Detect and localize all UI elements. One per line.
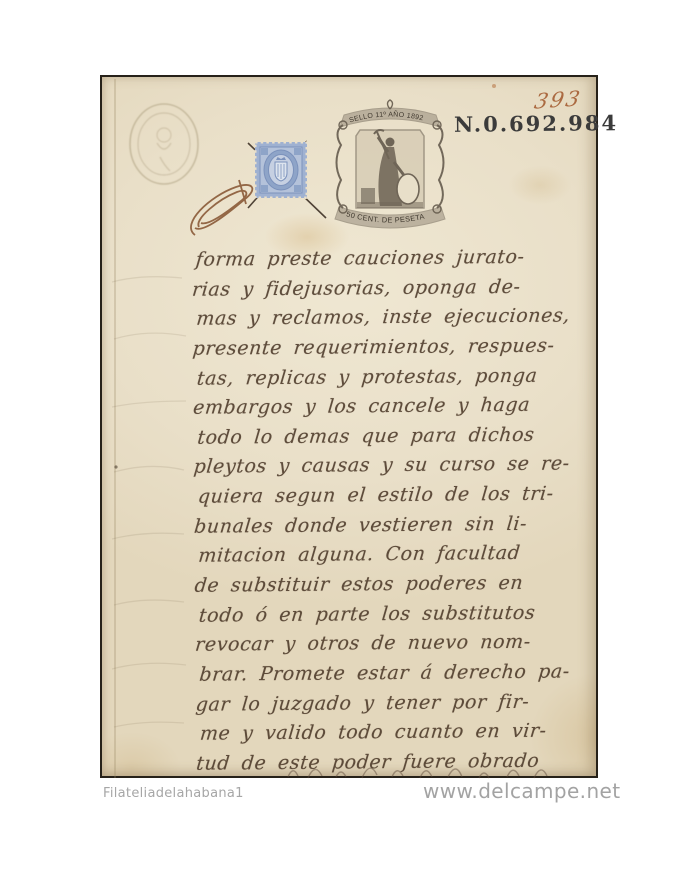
manuscript-line: rias y fidejusorias, oponga de- xyxy=(191,272,594,305)
manuscript-line: brar. Promete estar á derecho pa- xyxy=(198,657,597,690)
manuscript-line: revocar y otros de nuevo nom- xyxy=(194,628,597,661)
manuscript-text: forma preste cauciones jurato- rias y fi… xyxy=(192,242,597,779)
handwritten-page-number: 393 xyxy=(533,86,584,113)
manuscript-line: de substituir estos poderes en xyxy=(193,568,596,601)
manuscript-line: me y valido todo cuanto en vir- xyxy=(199,716,598,749)
stamp-coat-of-arms xyxy=(264,150,298,190)
bleedthrough-strokes xyxy=(112,277,186,727)
manuscript-line: todo lo demas que para dichos xyxy=(196,420,595,453)
ink-speck xyxy=(114,465,117,468)
seller-watermark: Filateliadelahabana1 xyxy=(103,786,244,801)
manuscript-line: tud de este poder fuere obrado xyxy=(195,746,598,779)
manuscript-line: bunales donde vestieren sin li- xyxy=(193,509,596,542)
manuscript-line: quiera segun el estilo de los tri- xyxy=(196,479,595,512)
manuscript-line: mitacion alguna. Con facultad xyxy=(197,539,596,572)
manuscript-line: tas, replicas y protestas, ponga xyxy=(195,361,594,394)
manuscript-line: gar lo juzgado y tener por fir- xyxy=(194,687,597,720)
revenue-stamp xyxy=(254,141,308,199)
site-watermark: www.delcampe.net xyxy=(423,779,620,803)
fiscal-emblem: SELLO 11º AÑO 1892 50 CENT. DE PESETA xyxy=(330,96,450,239)
manuscript-line: mas y reclamos, inste ejecuciones, xyxy=(195,302,594,335)
serial-number: N.0.692.984 xyxy=(454,110,618,137)
manuscript-line: presente requerimientos, respues- xyxy=(191,331,594,364)
rubric-flourish xyxy=(191,180,252,235)
red-speck xyxy=(492,84,496,88)
document-photo: SELLO 11º AÑO 1892 50 CENT. DE PESETA N.… xyxy=(100,75,598,778)
manuscript-line: pleytos y causas y su curso se re- xyxy=(192,450,595,483)
manuscript-line: forma preste cauciones jurato- xyxy=(194,242,593,275)
manuscript-line: embargos y los cancele y haga xyxy=(192,390,595,423)
manuscript-line: todo ó en parte los substitutos xyxy=(197,598,596,631)
embossed-seal xyxy=(130,104,198,184)
allegorical-figure-vignette xyxy=(356,130,424,208)
